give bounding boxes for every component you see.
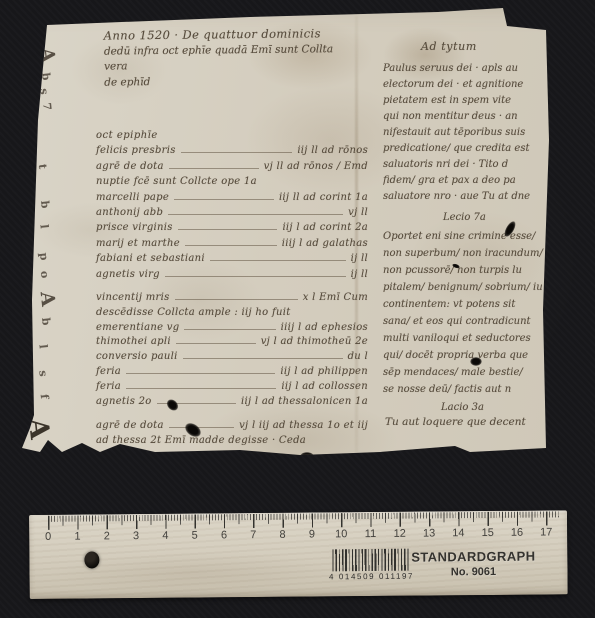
entry-amount: iij l ad collossen xyxy=(281,380,368,395)
margin-glyph: b xyxy=(38,200,52,209)
entry-amount: vj ll xyxy=(348,205,368,220)
brand-name: STANDARDGRAPH xyxy=(407,549,539,565)
epistle-line: Oportet eni sine crimine esse/ xyxy=(383,228,551,245)
cm-label: 17 xyxy=(534,526,558,538)
cm-label: 14 xyxy=(446,527,470,539)
epistle-line: qui/ docēt propria verba que xyxy=(383,347,551,364)
epistle-line: continentem: vt potens sit xyxy=(383,296,551,313)
epistle-line: qui non mentitur deus · an xyxy=(383,109,551,125)
margin-glyph: o xyxy=(38,270,52,279)
entry-amount: du l xyxy=(348,350,368,365)
account-entry: agnetis 2oiij l ad thessalonicen 1a xyxy=(96,395,368,410)
barcode-bars xyxy=(332,549,410,572)
account-entry: marij et martheiiij l ad galathas xyxy=(96,236,368,251)
ink-blot xyxy=(300,452,314,460)
drilled-hole xyxy=(84,551,99,568)
epistle-line: non superbum/ non iracundum/ xyxy=(383,245,551,262)
epistle-line: sana/ et eos qui contradicunt xyxy=(383,313,551,330)
account-entry: anthonij abbvj ll xyxy=(96,205,368,220)
manuscript-header: Anno 1520 · De quattuor dominicis dedū i… xyxy=(104,25,405,91)
entry-label: agrē de dota xyxy=(96,419,164,434)
cm-label: 8 xyxy=(271,529,295,541)
account-note-line: descēdisse Collcta ample : iij ho fuit xyxy=(96,306,368,321)
photo-stage: Anno 1520 · De quattuor dominicis dedū i… xyxy=(0,0,595,618)
entry-label: conversio pauli xyxy=(96,350,178,365)
entry-leader-line xyxy=(169,420,234,428)
cm-label: 2 xyxy=(95,530,119,542)
account-entry: agnetis virgij ll xyxy=(96,267,368,282)
epistle-line: pietatem est in spem vite xyxy=(383,93,551,109)
entry-amount: iij l ad thessalonicen 1a xyxy=(241,395,368,410)
entry-leader-line xyxy=(126,381,276,389)
account-entry: prisce virginisiij l ad corint 2a xyxy=(96,220,368,235)
epistle-line: se nosse deū/ factis aut n xyxy=(383,381,551,398)
account-subheading: oct epiphīe xyxy=(96,128,368,143)
cm-label: 13 xyxy=(417,527,441,539)
epistle-line: multi vaniloqui et seductores xyxy=(383,330,551,347)
cm-label: 5 xyxy=(183,529,207,541)
entry-label: feria xyxy=(96,365,121,380)
epistle-paragraph-2: Oportet eni sine crimine esse/non superb… xyxy=(383,228,551,398)
entry-leader-line xyxy=(184,322,275,330)
account-entry: fabiani et sebastianiij ll xyxy=(96,251,368,266)
entry-label: felicis presbris xyxy=(96,143,176,158)
entry-amount: ij ll xyxy=(351,267,368,282)
entry-leader-line xyxy=(185,238,277,246)
margin-glyph: A xyxy=(36,291,59,308)
entry-label: agrē de dota xyxy=(96,159,164,174)
cm-label: 9 xyxy=(300,528,324,540)
entry-label: emerentiane vg xyxy=(96,321,179,336)
cm-label: 7 xyxy=(241,529,265,541)
cm-label: 6 xyxy=(212,529,236,541)
cm-label: 11 xyxy=(358,528,382,540)
epistle-line: electorum dei · et agnitione xyxy=(383,77,551,93)
entry-label: agnetis virg xyxy=(96,267,160,282)
epistle-line: saluatoris nri dei · Tito d xyxy=(383,157,551,173)
account-entry: agrē de dotavj l iij ad thessa 1o et iij xyxy=(96,419,368,434)
entry-label: thimothei apli xyxy=(96,335,171,350)
entry-leader-line xyxy=(169,161,259,169)
margin-glyph: A xyxy=(36,47,59,64)
cm-label: 15 xyxy=(476,527,500,539)
entry-leader-line xyxy=(174,192,274,200)
entry-amount: iiij l ad ephesios xyxy=(281,321,368,336)
account-entry: emerentiane vgiiij l ad ephesios xyxy=(96,321,368,336)
margin-glyph: p xyxy=(37,252,51,261)
epistle-line: Paulus seruus dei · apls au xyxy=(383,61,551,77)
margin-glyph: f xyxy=(38,393,51,399)
account-note-line: nuptie fcē sunt Collcte ope 1a xyxy=(96,174,368,189)
epistle-line: sēp mendaces/ male bestie/ xyxy=(383,364,551,381)
cm-label: 16 xyxy=(505,527,529,539)
entry-label: marij et marthe xyxy=(96,236,180,251)
cm-label: 0 xyxy=(36,531,60,543)
epistle-closing-line: Tu aut loquere que decent xyxy=(385,416,551,428)
margin-glyph: t xyxy=(36,163,49,169)
account-block-3: agrē de dotavj l iij ad thessa 1o et iij… xyxy=(96,419,368,448)
entry-leader-line xyxy=(175,292,298,300)
entry-amount: iij l ad corint 2a xyxy=(282,220,368,235)
right-column: Ad tytum Paulus seruus dei · apls auelec… xyxy=(383,40,551,428)
epistle-subheading-1: Lecio 7a xyxy=(443,212,551,223)
cm-label: 10 xyxy=(329,528,353,540)
epistle-line: pitalem/ benignum/ sobrium/ iu xyxy=(383,279,551,296)
margin-glyph: l xyxy=(37,224,50,230)
margin-glyph: s xyxy=(37,88,51,96)
wooden-ruler: 4 014509 011197 STANDARDGRAPH No. 9061 0… xyxy=(29,510,568,599)
entry-leader-line xyxy=(165,269,346,277)
entry-leader-line xyxy=(176,337,256,345)
cm-label: 1 xyxy=(65,530,89,542)
entry-amount: iiij l ad galathas xyxy=(282,236,368,251)
entry-amount: vj l iij ad thessa 1o et iij xyxy=(239,419,368,434)
barcode-digits: 4 014509 011197 xyxy=(329,572,415,582)
entry-amount: iij ll ad rōnos xyxy=(297,143,368,158)
account-entry: felicis presbrisiij ll ad rōnos xyxy=(96,143,368,158)
entry-label: fabiani et sebastiani xyxy=(96,251,205,266)
model-number: No. 9061 xyxy=(407,566,539,579)
entry-label: anthonij abb xyxy=(96,205,163,220)
entry-leader-line xyxy=(210,253,346,261)
account-block-1: oct epiphīe felicis presbrisiij ll ad rō… xyxy=(96,128,368,282)
account-entry: marcelli papeiij ll ad corint 1a xyxy=(96,190,368,205)
epistle-line: predicatione/ que credita est xyxy=(383,141,551,157)
entry-label: prisce virginis xyxy=(96,220,173,235)
barcode: 4 014509 011197 xyxy=(328,549,414,582)
account-entry: feriaiij l ad philippen xyxy=(96,365,368,380)
cm-label: 3 xyxy=(124,530,148,542)
entry-label: vincentij mris xyxy=(96,291,170,306)
account-block-2: vincentij mrisx l Emī Cumdescēdisse Coll… xyxy=(96,291,368,409)
epistle-paragraph-1: Paulus seruus dei · apls auelectorum dei… xyxy=(383,61,551,205)
epistle-heading: Ad tytum xyxy=(421,40,551,53)
margin-glyph: b xyxy=(39,72,53,81)
entry-label: marcelli pape xyxy=(96,190,169,205)
entry-amount: iij l ad philippen xyxy=(280,365,368,380)
account-entry: vincentij mrisx l Emī Cum xyxy=(96,291,368,306)
entry-amount: vj l ad thimotheū 2e xyxy=(261,335,368,350)
margin-glyph: s xyxy=(36,370,50,378)
epistle-subheading-2: Lacio 3a xyxy=(441,402,551,413)
cm-label: 4 xyxy=(153,530,177,542)
entry-amount: x l Emī Cum xyxy=(303,291,368,306)
cm-label: 12 xyxy=(388,528,412,540)
account-entry: feriaiij l ad collossen xyxy=(96,380,368,395)
margin-glyph: 7 xyxy=(40,102,54,111)
epistle-line: nifestauit aut tēporibus suis xyxy=(383,125,551,141)
entry-leader-line xyxy=(178,223,278,231)
entry-leader-line xyxy=(181,146,293,154)
margin-glyph: A xyxy=(22,416,55,440)
account-entry: conversio paulidu l xyxy=(96,350,368,365)
account-entry: agrē de dotavj ll ad rōnos / Emd xyxy=(96,159,368,174)
account-note-line: ad thessa 2t Emī madde degisse · Ceda xyxy=(96,434,368,449)
entry-leader-line xyxy=(168,207,343,215)
ink-blot xyxy=(470,357,482,366)
entry-amount: vj ll ad rōnos / Emd xyxy=(264,159,368,174)
epistle-line: fidem/ gra et pax a deo pa xyxy=(383,173,551,189)
ruler-brand-block: STANDARDGRAPH No. 9061 xyxy=(407,549,539,579)
account-entry: thimothei aplivj l ad thimotheū 2e xyxy=(96,335,368,350)
header-line: de ephīd xyxy=(104,73,404,92)
margin-glyph: l xyxy=(36,344,49,350)
epistle-line: non pcussorē/ non turpis lu xyxy=(383,262,551,279)
epistle-line: saluatore nro · aue Tu at dne xyxy=(383,189,551,205)
entry-label: feria xyxy=(96,380,121,395)
entry-leader-line xyxy=(126,366,275,374)
entry-amount: ij ll xyxy=(351,251,368,266)
entry-amount: iij ll ad corint 1a xyxy=(279,190,368,205)
margin-glyph: b xyxy=(39,317,53,326)
entry-leader-line xyxy=(183,351,343,359)
entry-label: agnetis 2o xyxy=(96,395,152,410)
